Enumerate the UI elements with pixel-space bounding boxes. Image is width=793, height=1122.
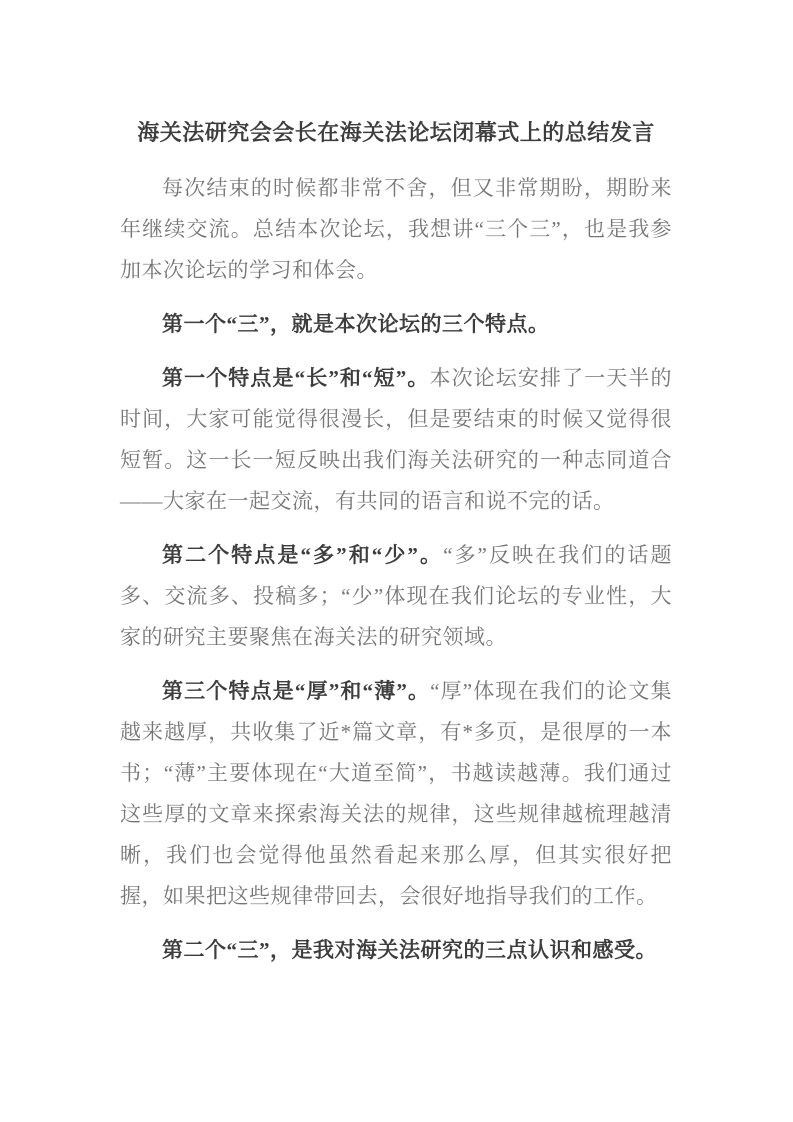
document-page: 海关法研究会会长在海关法论坛闭幕式上的总结发言 每次结束的时候都非常不舍，但又非…: [0, 0, 793, 1122]
paragraph-lead: 第三个特点是“厚”和“薄”。: [162, 679, 430, 703]
paragraph-lead: 第二个特点是“多”和“少”。: [162, 543, 443, 567]
paragraph-text: “厚”体现在我们的论文集越来越厚，共收集了近*篇文章，有*多页，是很厚的一本书；…: [120, 679, 672, 908]
paragraph: 第二个特点是“多”和“少”。“多”反映在我们的话题多、交流多、投稿多；“少”体现…: [120, 535, 672, 658]
paragraph-lead: 第一个“三”，就是本次论坛的三个特点。: [162, 312, 550, 336]
paragraph: 第二个“三”，是我对海关法研究的三点认识和感受。: [120, 930, 672, 971]
paragraph: 第三个特点是“厚”和“薄”。“厚”体现在我们的论文集越来越厚，共收集了近*篇文章…: [120, 671, 672, 917]
paragraph-lead: 第一个特点是“长”和“短”。: [162, 366, 429, 390]
paragraph: 第一个“三”，就是本次论坛的三个特点。: [120, 304, 672, 345]
paragraph-text: 每次结束的时候都非常不舍，但又非常期盼，期盼来年继续交流。总结本次论坛，我想讲“…: [120, 176, 672, 282]
paragraph-lead: 第二个“三”，是我对海关法研究的三点认识和感受。: [162, 938, 657, 962]
paragraph: 第一个特点是“长”和“短”。本次论坛安排了一天半的时间，大家可能觉得很漫长，但是…: [120, 358, 672, 522]
document-title: 海关法研究会会长在海关法论坛闭幕式上的总结发言: [120, 116, 672, 150]
paragraph: 每次结束的时候都非常不舍，但又非常期盼，期盼来年继续交流。总结本次论坛，我想讲“…: [120, 168, 672, 291]
